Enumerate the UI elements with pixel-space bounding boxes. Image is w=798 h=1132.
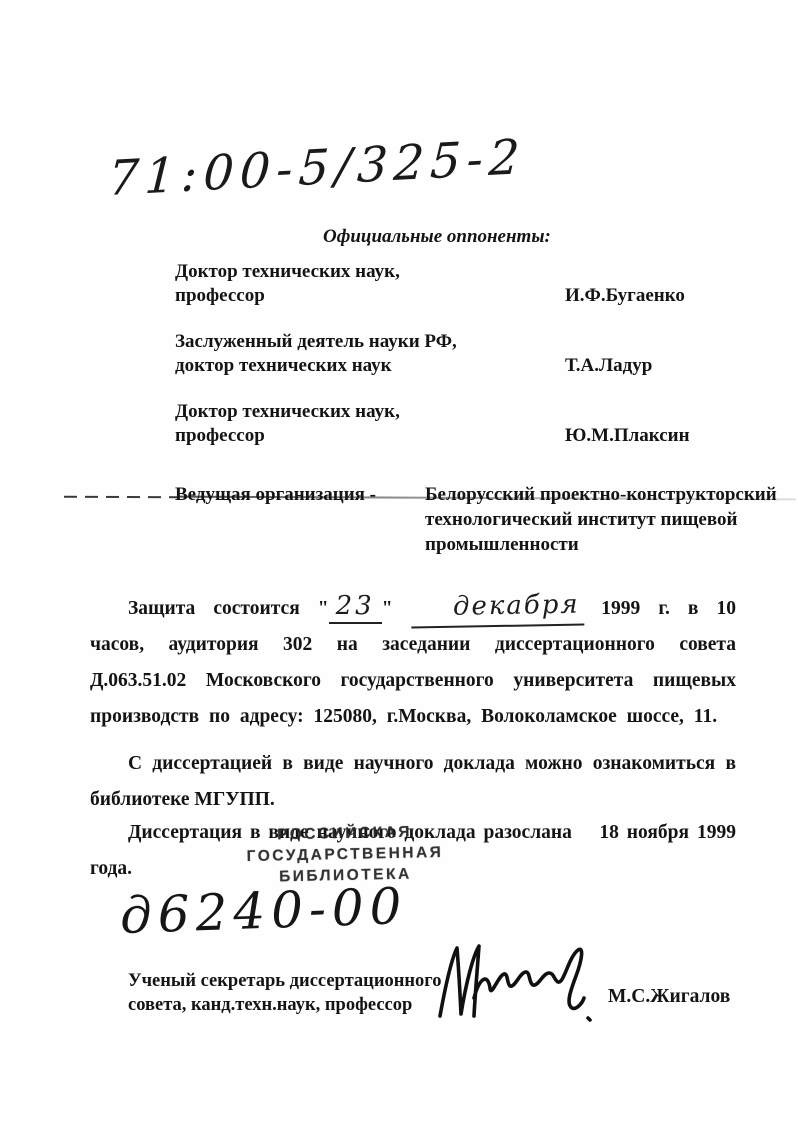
defense-paragraph: Защита состоится "23" декабря 1999 г. в …: [90, 588, 736, 735]
opponent-title-line: Доктор технических наук,: [175, 260, 705, 284]
leading-organization-name: Белорусский проектно-конструкторский тех…: [425, 482, 777, 557]
library-paragraph: С диссертацией в виде научного доклада м…: [90, 746, 736, 818]
secretary-title-line: совета, канд.техн.наук, профессор: [128, 993, 442, 1017]
opponent-name: И.Ф.Бугаенко: [565, 284, 685, 308]
handwritten-month: декабря: [410, 586, 583, 628]
secretary-title-block: Ученый секретарь диссертационного совета…: [128, 969, 442, 1017]
handwritten-call-number: 71:00-5/325-2: [107, 129, 527, 207]
opponent-name: Ю.М.Плаксин: [565, 424, 690, 448]
defense-lead-text: Защита состоится ": [128, 598, 329, 619]
opponent-row: Доктор технических наук, профессор Ю.М.П…: [175, 400, 705, 448]
opponent-row: Доктор технических наук, профессор И.Ф.Б…: [175, 260, 705, 308]
secretary-title-line: Ученый секретарь диссертационного: [128, 969, 442, 993]
defense-quote-text: ": [382, 598, 411, 619]
opponents-heading: Официальные оппоненты:: [323, 226, 551, 248]
opponent-row: Заслуженный деятель науки РФ, доктор тех…: [175, 330, 705, 378]
secretary-name: М.С.Жигалов: [608, 986, 730, 1008]
handwritten-day: 23: [329, 591, 382, 624]
scanned-document-page: 71:00-5/325-2 Официальные оппоненты: Док…: [0, 0, 798, 1132]
scan-line-artifact: [64, 496, 178, 499]
handwritten-accession-number: д6240-00: [119, 877, 408, 945]
opponent-title-line: Заслуженный деятель науки РФ,: [175, 330, 705, 354]
leading-organization-label: Ведущая организация -: [175, 482, 425, 557]
leading-organization-row: Ведущая организация - Белорусский проект…: [175, 482, 777, 557]
org-name-line: технологический институт пищевой: [425, 507, 777, 532]
signature-mark: [430, 928, 620, 1028]
opponent-name: Т.А.Ладур: [565, 354, 652, 378]
opponents-list: Доктор технических наук, профессор И.Ф.Б…: [175, 260, 705, 470]
org-name-line: Белорусский проектно-конструкторский: [425, 482, 777, 507]
opponent-title-line: Доктор технических наук,: [175, 400, 705, 424]
org-name-line: промышленности: [425, 532, 777, 557]
